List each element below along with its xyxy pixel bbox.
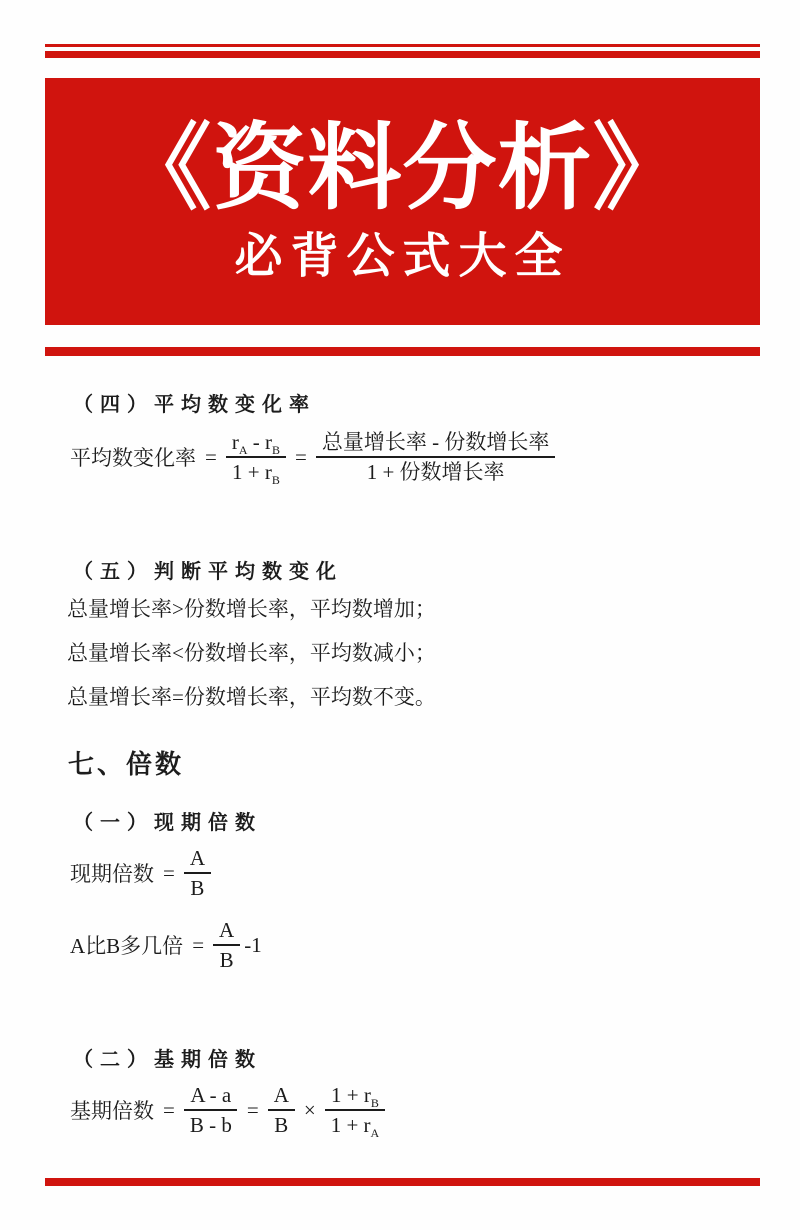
fraction-numerator: A (268, 1082, 295, 1111)
bottom-rule (45, 1178, 760, 1186)
fraction-a-over-b: A B (213, 917, 240, 974)
rule-line-decrease: 总量增长率<份数增长率，平均数减小； (67, 637, 436, 667)
section7-2-heading: （二）基期倍数 (73, 1043, 262, 1072)
section4-heading: （四）平均数变化率 (73, 388, 316, 417)
formula-lhs: 现期倍数 (70, 858, 154, 888)
fraction-denominator: 1 + rB (226, 458, 286, 485)
equals-sign: = (192, 933, 204, 958)
current-multiple-formula: 现期倍数 = A B (70, 843, 211, 903)
formula-lhs: A比B多几倍 (70, 930, 183, 960)
fraction-numerator: 1 + rB (325, 1082, 385, 1111)
equals-sign: = (295, 445, 307, 470)
banner-subtitle: 必背公式大全 (234, 231, 570, 284)
fraction-denominator: B (184, 874, 210, 901)
section5-heading: （五）判断平均数变化 (73, 555, 343, 584)
fraction-denominator: B (268, 1111, 294, 1138)
equals-sign: = (247, 1098, 259, 1123)
fraction-numerator: A (184, 845, 211, 874)
fraction-a-over-b: A B (184, 845, 211, 902)
formula-sheet-page: 《资料分析》 必背公式大全 （四）平均数变化率 平均数变化率 = rA - rB… (0, 0, 800, 1230)
fraction-Aa-over-Bb: A - a B - b (184, 1082, 238, 1139)
a-vs-b-multiple-formula: A比B多几倍 = A B -1 (70, 915, 262, 975)
fraction-a-over-b: A B (268, 1082, 295, 1139)
banner-title: 《资料分析》 (117, 119, 687, 218)
fraction-denominator: 1 + rA (325, 1111, 386, 1138)
fraction-numerator: A (213, 917, 240, 946)
section7-1-heading: （一）现期倍数 (73, 806, 262, 835)
top-thick-rule (45, 51, 760, 58)
fraction-numerator: rA - rB (226, 429, 286, 458)
base-period-multiple-formula: 基期倍数 = A - a B - b = A B × 1 + rB 1 + rA (70, 1078, 385, 1142)
fraction-growth-rates: 总量增长率 - 份数增长率 1 + 份数增长率 (316, 429, 556, 486)
below-banner-rule (45, 347, 760, 356)
formula-lhs: 基期倍数 (70, 1095, 154, 1125)
rule-line-increase: 总量增长率>份数增长率，平均数增加； (67, 593, 436, 623)
fraction-denominator: B (214, 946, 240, 973)
fraction-numerator: 总量增长率 - 份数增长率 (316, 429, 556, 458)
title-banner: 《资料分析》 必背公式大全 (45, 78, 760, 325)
top-thin-rule (45, 44, 760, 47)
fraction-growth-ratio: 1 + rB 1 + rA (325, 1082, 386, 1139)
minus-one-term: -1 (244, 933, 262, 958)
fraction-ra-rb: rA - rB 1 + rB (226, 429, 286, 486)
fraction-denominator: 1 + 份数增长率 (361, 458, 511, 485)
multiply-sign: × (304, 1098, 316, 1123)
equals-sign: = (205, 445, 217, 470)
rule-line-unchanged: 总量增长率=份数增长率，平均数不变。 (67, 681, 436, 711)
equals-sign: = (163, 861, 175, 886)
equals-sign: = (163, 1098, 175, 1123)
fraction-denominator: B - b (184, 1111, 238, 1138)
formula-lhs: 平均数变化率 (70, 442, 196, 472)
avg-change-rate-formula: 平均数变化率 = rA - rB 1 + rB = 总量增长率 - 份数增长率 … (70, 425, 555, 489)
section7-heading: 七、倍数 (68, 744, 184, 781)
fraction-numerator: A - a (184, 1082, 237, 1111)
